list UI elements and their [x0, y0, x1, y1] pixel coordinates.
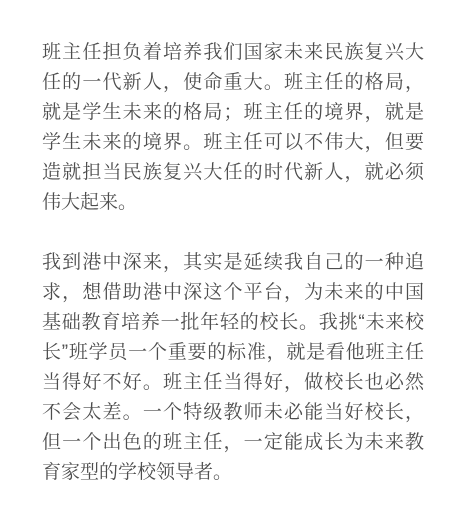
text-line: 班主任担负着培养我们国家未来民族复兴大	[42, 38, 424, 68]
text-line: 我到港中深来，其实是延续我自己的一种追	[42, 248, 424, 278]
paragraph-banzhuren: 班主任担负着培养我们国家未来民族复兴大 任的一代新人，使命重大。班主任的格局， …	[42, 38, 424, 218]
text-line: 但一个出色的班主任，一定能成长为未来教	[42, 428, 424, 458]
text-line: 求，想借助港中深这个平台，为未来的中国	[42, 278, 424, 308]
text-line: 学生未来的境界。班主任可以不伟大，但要	[42, 128, 424, 158]
text-line: 基础教育培养一批年轻的校长。我挑“未来校	[42, 308, 424, 338]
text-line: 长”班学员一个重要的标准，就是看他班主任	[42, 338, 424, 368]
article-page: 班主任担负着培养我们国家未来民族复兴大 任的一代新人，使命重大。班主任的格局， …	[0, 0, 449, 508]
text-line: 伟大起来。	[42, 188, 424, 218]
text-line: 造就担当民族复兴大任的时代新人，就必须	[42, 158, 424, 188]
text-line: 育家型的学校领导者。	[42, 458, 424, 488]
text-line: 当得好不好。班主任当得好，做校长也必然	[42, 368, 424, 398]
paragraph-gangzhongshen: 我到港中深来，其实是延续我自己的一种追 求，想借助港中深这个平台，为未来的中国 …	[42, 248, 424, 488]
text-line: 任的一代新人，使命重大。班主任的格局，	[42, 68, 424, 98]
text-line: 不会太差。一个特级教师未必能当好校长，	[42, 398, 424, 428]
text-line: 就是学生未来的格局；班主任的境界，就是	[42, 98, 424, 128]
